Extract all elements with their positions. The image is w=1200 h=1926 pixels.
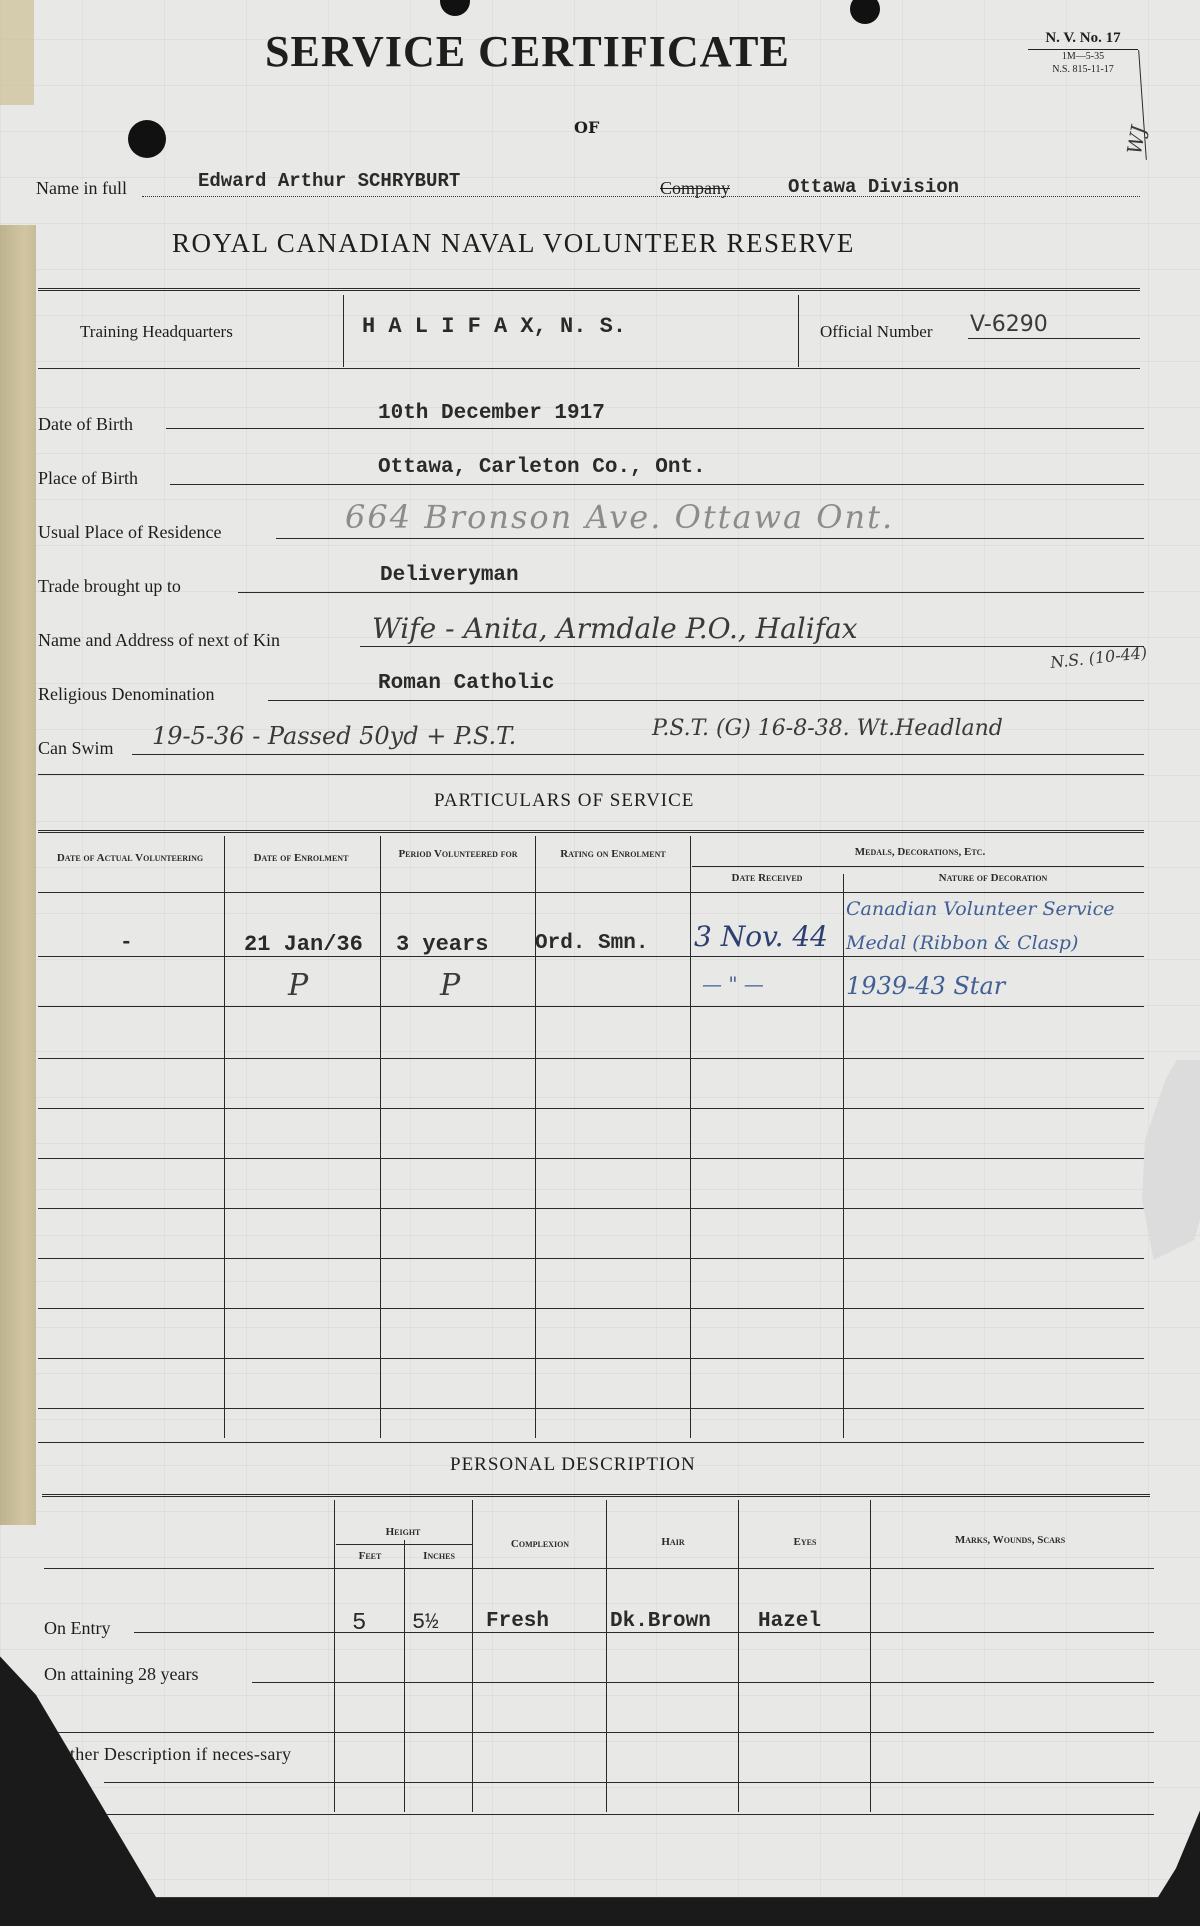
divider [38,368,1140,369]
divider [38,774,1144,775]
nature-cell: 1939-43 Star [846,972,1005,1000]
column-divider [224,836,225,1438]
can-swim-extra: P.S.T. (G) 16-8-38. Wt.Headland [652,716,1003,741]
place-of-birth-value: Ottawa, Carleton Co., Ont. [378,456,706,479]
column-divider [606,1500,607,1812]
header-marks: Marks, Wounds, Scars [872,1534,1148,1547]
name-dotted-line [142,196,1140,197]
document-title: SERVICE CERTIFICATE [265,26,790,77]
corner-initials: WJ [1122,124,1151,156]
field-label: Religious Denomination [38,684,214,705]
header-complexion: Complexion [474,1538,606,1551]
enrolment-cell: 21 Jan/36 [244,932,363,957]
print-code: 1M—5-35 [1028,50,1138,63]
field-line [238,592,1144,593]
divider [48,1814,1154,1815]
trade-value: Deliveryman [380,564,519,587]
header-height: Height [336,1526,470,1539]
divider [38,288,1140,293]
punch-hole [128,120,166,158]
period-initial: P [440,968,460,1003]
column-divider [535,836,536,1438]
field-label: Can Swim [38,738,114,759]
divider [38,830,1144,835]
header-nature: Nature of Decoration [848,872,1138,885]
underline [968,338,1140,339]
row-line [38,1358,1144,1359]
divider [798,295,799,367]
ns-code: N.S. 815-11-17 [1028,63,1138,76]
field-line [360,646,1144,647]
nature-cell: Canadian Volunteer Service Medal (Ribbon… [846,892,1146,960]
official-number-label: Official Number [820,322,933,342]
divider [336,1544,472,1545]
punch-hole [440,0,470,16]
complexion-value: Fresh [486,1610,549,1633]
company-value: Ottawa Division [788,176,959,198]
of-label: OF [574,118,599,137]
row-label-attaining-28: On attaining 28 years [44,1664,198,1685]
enrolment-initial: P [288,968,308,1003]
header-date-received: Date Received [694,872,840,885]
date-of-birth-value: 10th December 1917 [378,402,605,425]
eyes-value: Hazel [758,1610,821,1633]
row-line [252,1682,1154,1683]
torn-edge [1142,1060,1200,1260]
header-eyes: Eyes [740,1536,870,1549]
field-line [170,484,1144,485]
header-period: Period Volunteered for [388,848,528,861]
row-line [38,1408,1144,1409]
row-line [38,1208,1144,1209]
row-line [38,1158,1144,1159]
divider [38,1442,1144,1443]
religion-value: Roman Catholic [378,672,554,695]
row-line [38,1006,1144,1007]
header-medals: Medals, Decorations, Etc. [700,846,1140,859]
row-line [38,956,1144,957]
header-feet: Feet [336,1550,404,1563]
field-line [268,700,1144,701]
official-number-value: V-6290 [970,312,1048,337]
can-swim-value: 19-5-36 - Passed 50yd + P.S.T. [152,722,516,750]
actual-volunteering-cell: - [120,932,133,955]
punch-hole [850,0,880,24]
next-of-kin-value: Wife - Anita, Armdale P.O., Halifax [372,612,858,645]
training-hq-value: H A L I F A X, N. S. [362,314,626,339]
column-divider [843,874,844,1438]
divider [343,295,344,367]
date-received-cell: 3 Nov. 44 [694,920,828,953]
row-label-on-entry: On Entry [44,1618,111,1639]
hair-value: Dk.Brown [610,1610,711,1633]
column-divider [738,1500,739,1812]
column-divider [690,836,691,1438]
form-number-block: N. V. No. 17 1M—5-35 N.S. 815-11-17 [1028,30,1138,76]
header-inches: Inches [406,1550,472,1563]
binding-tape [0,225,36,1525]
divider [44,1568,1154,1569]
field-label: Trade brought up to [38,576,181,597]
service-certificate-page: SERVICE CERTIFICATE N. V. No. 17 1M—5-35… [0,0,1200,1926]
row-line [104,1782,1154,1783]
divider [42,1494,1150,1499]
row-line [44,1732,1154,1733]
header-rating: Rating on Enrolment [548,848,678,861]
form-number: N. V. No. 17 [1028,30,1138,50]
divider [692,866,1144,867]
column-divider [380,836,381,1438]
rating-cell: Ord. Smn. [535,932,648,955]
field-line [132,754,1144,755]
field-line [166,428,1144,429]
organization-name: ROYAL CANADIAN NAVAL VOLUNTEER RESERVE [172,228,855,259]
name-label: Name in full [36,178,127,199]
row-label-further-description: Further Description if neces-sary [44,1740,336,1768]
field-label: Name and Address of next of Kin [38,630,280,651]
header-hair: Hair [608,1536,738,1549]
personal-description-title: PERSONAL DESCRIPTION [450,1454,696,1476]
date-received-ditto: — " — [702,972,764,996]
column-divider [870,1500,871,1812]
row-line [38,1108,1144,1109]
next-of-kin-extra: N.S. (10-44) [1049,643,1148,672]
period-cell: 3 years [396,932,488,957]
column-divider [472,1500,473,1812]
header-actual-volunteering: Date of Actual Volunteering [40,852,220,865]
tape-fragment [0,0,34,105]
field-line [276,538,1144,539]
company-label: Company [660,178,730,199]
particulars-title: PARTICULARS OF SERVICE [434,790,694,812]
marks-value [870,1610,1150,1634]
name-value: Edward Arthur SCHRYBURT [198,170,460,192]
header-enrolment: Date of Enrolment [236,852,366,865]
row-line [38,1308,1144,1309]
field-label: Usual Place of Residence [38,522,221,543]
residence-value: 664 Bronson Ave. Ottawa Ont. [345,498,894,536]
row-line [38,1058,1144,1059]
column-divider [404,1540,405,1812]
field-label: Date of Birth [38,414,133,435]
row-line [38,1258,1144,1259]
field-label: Place of Birth [38,468,138,489]
training-hq-label: Training Headquarters [80,322,233,342]
row-line [134,1632,1154,1633]
